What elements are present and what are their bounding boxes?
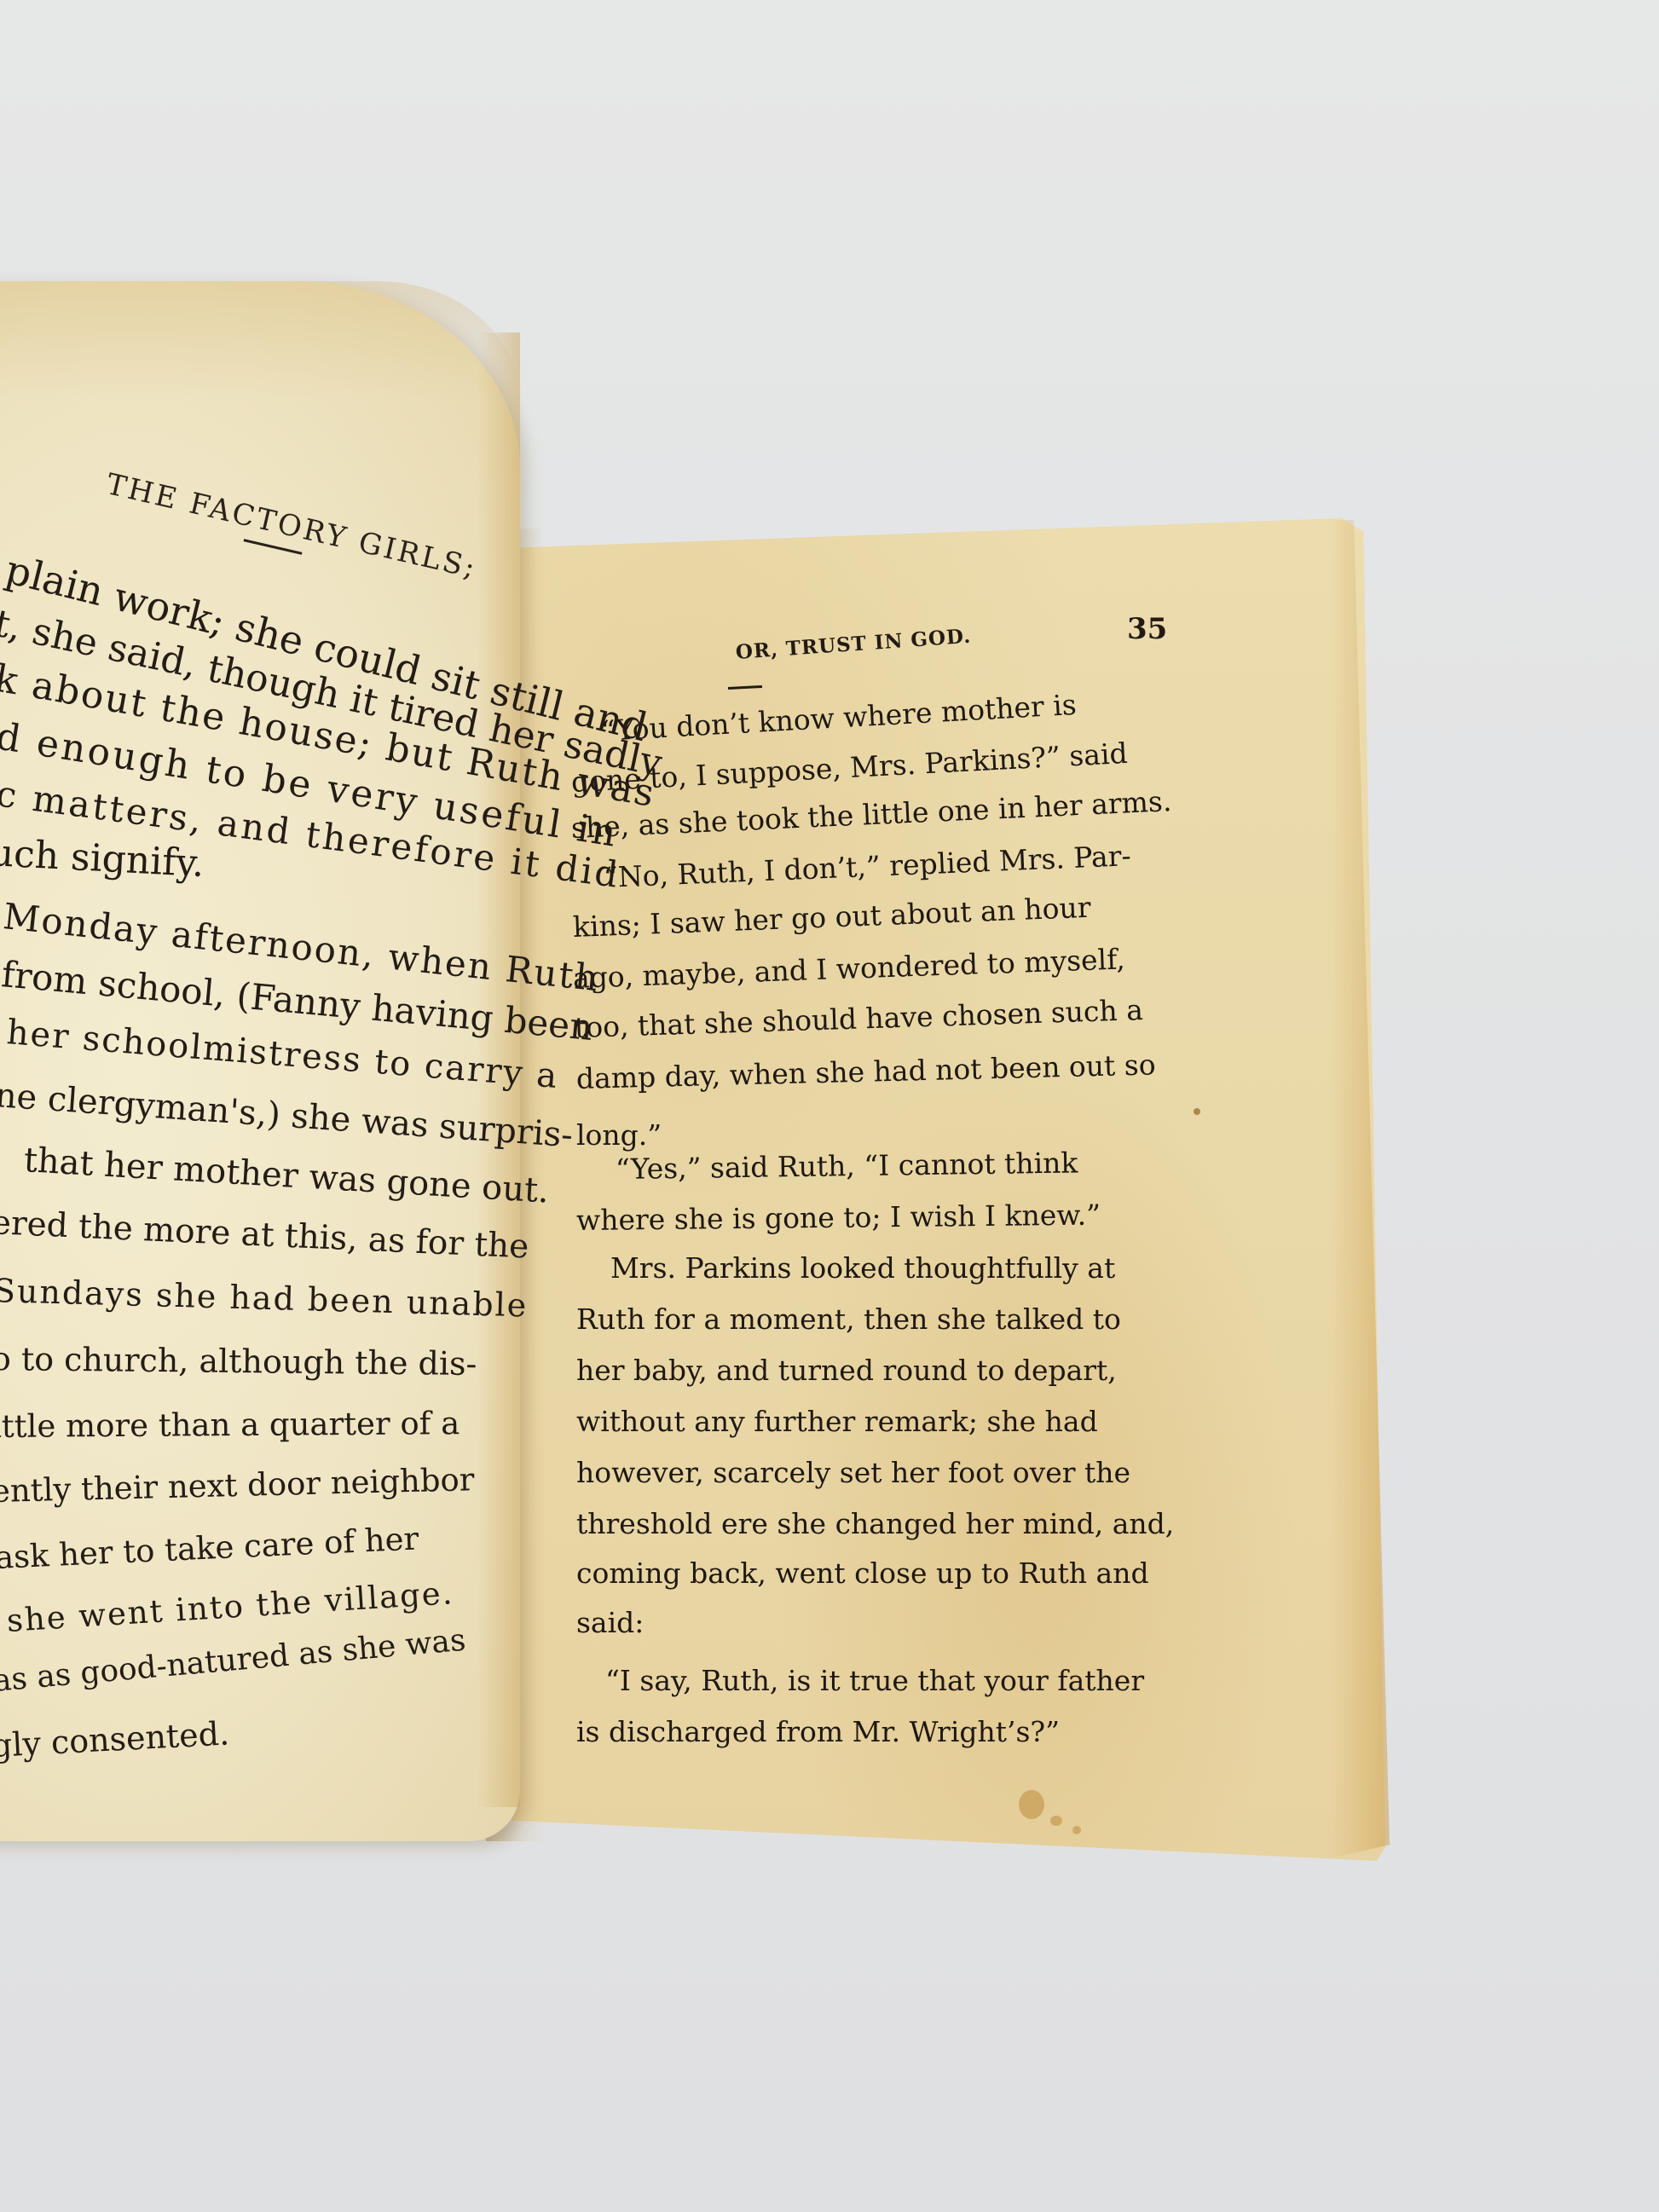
foxing-stain — [1194, 1108, 1200, 1115]
page-number: 35 — [1127, 612, 1167, 646]
text-line: is discharged from Mr. Wright’s?” — [576, 1715, 1060, 1748]
foxing-stain — [1072, 1826, 1081, 1834]
text-line: however, scarcely set her foot over the — [576, 1456, 1130, 1489]
text-line: ittle more than a quarter of a — [0, 1405, 460, 1445]
text-line: said: — [576, 1606, 644, 1639]
foxing-stain — [1050, 1816, 1062, 1826]
foxing-stain — [1019, 1790, 1044, 1819]
text-line: long.” — [576, 1118, 662, 1152]
text-line: “I say, Ruth, is it true that your fathe… — [605, 1664, 1144, 1697]
text-line: threshold ere she changed her mind, and, — [576, 1507, 1174, 1540]
text-line: coming back, went close up to Ruth and — [576, 1556, 1149, 1590]
text-line: without any further remark; she had — [576, 1405, 1098, 1438]
text-line: her baby, and turned round to depart, — [576, 1354, 1117, 1387]
text-line: o to church, although the dis- — [0, 1340, 477, 1383]
text-line: “Yes,” said Ruth, “I cannot think — [616, 1146, 1078, 1186]
text-line: where she is gone to; I wish I knew.” — [576, 1198, 1101, 1237]
text-line: Ruth for a moment, then she talked to — [576, 1302, 1121, 1336]
text-line: Mrs. Parkins looked thoughtfully at — [610, 1251, 1115, 1285]
